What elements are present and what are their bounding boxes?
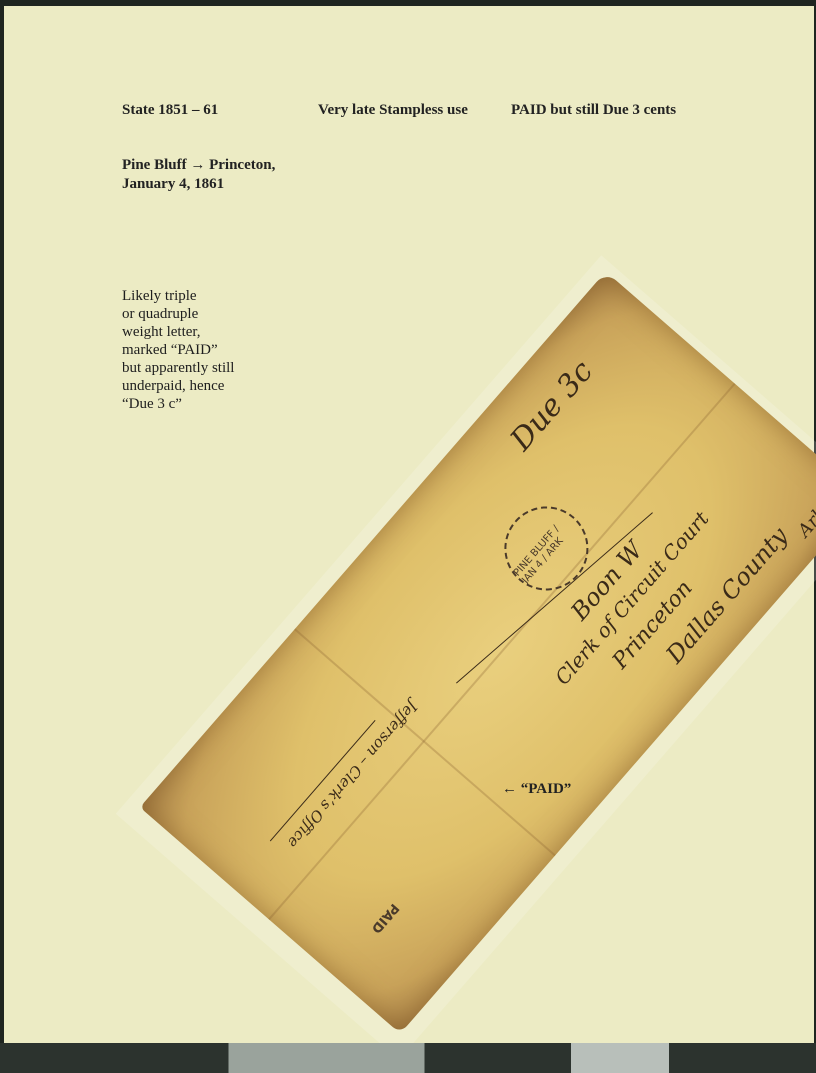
fold-line — [294, 628, 556, 856]
scanner-edge — [0, 1043, 816, 1073]
docketing-text: Jefferson – Clerk’s Office — [284, 697, 421, 851]
paid-callout: ← “PAID” — [502, 781, 571, 798]
paid-handstamp: PAID — [368, 900, 402, 936]
docket-rule — [270, 720, 376, 841]
address-line: Ark. — [794, 499, 816, 542]
envelope-image: Due 3c PINE BLUFF / JAN 4 / ARK Boon W C… — [0, 0, 816, 1073]
